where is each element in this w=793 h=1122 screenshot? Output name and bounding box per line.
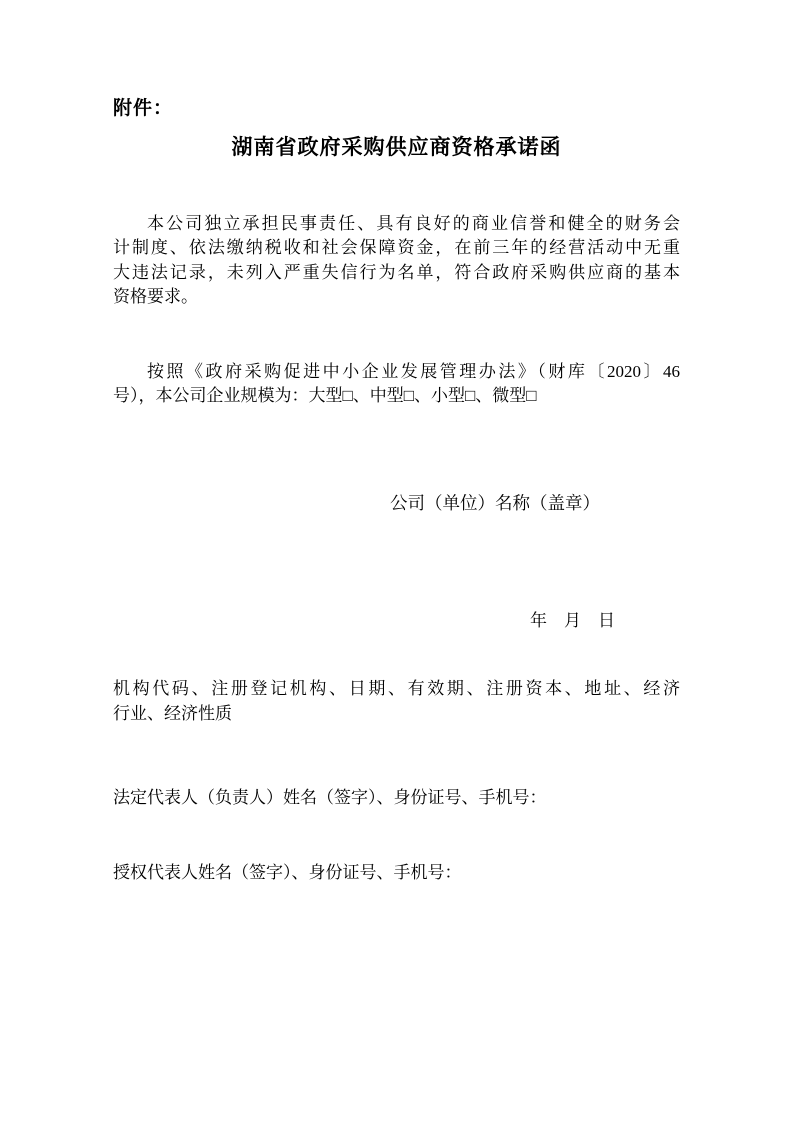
paragraph-line: 资格要求。	[113, 285, 680, 309]
paragraph-line: 按照《政府采购促进中小企业发展管理办法》（财库〔2020〕46	[113, 360, 680, 384]
enterprise-scale-paragraph: 按照《政府采购促进中小企业发展管理办法》（财库〔2020〕46 号），本公司企业…	[113, 360, 680, 409]
paragraph-line: 本公司独立承担民事责任、具有良好的商业信誉和健全的财务会	[113, 212, 680, 236]
paragraph-line: 行业、经济性质	[113, 701, 680, 726]
commitment-paragraph: 本公司独立承担民事责任、具有良好的商业信誉和健全的财务会 计制度、依法缴纳税收和…	[113, 212, 680, 309]
paragraph-line: 大违法记录，未列入严重失信行为名单，符合政府采购供应商的基本	[113, 261, 680, 285]
org-info-paragraph: 机构代码、注册登记机构、日期、有效期、注册资本、地址、经济 行业、经济性质	[113, 676, 680, 727]
legal-representative-line: 法定代表人（负责人）姓名（签字）、身份证号、手机号：	[113, 783, 753, 808]
paragraph-line: 机构代码、注册登记机构、日期、有效期、注册资本、地址、经济	[113, 676, 680, 701]
date-year-month-day-label: 年 月 日	[530, 606, 615, 631]
document-title: 湖南省政府采购供应商资格承诺函	[0, 131, 793, 161]
authorized-representative-line: 授权代表人姓名（签字）、身份证号、手机号：	[113, 858, 753, 883]
paragraph-line: 计制度、依法缴纳税收和社会保障资金，在前三年的经营活动中无重	[113, 236, 680, 260]
enterprise-scale-checkbox-line: 号），本公司企业规模为：大型□、中型□、小型□、微型□	[113, 384, 680, 408]
document-page: 附件： 湖南省政府采购供应商资格承诺函 本公司独立承担民事责任、具有良好的商业信…	[0, 0, 793, 1122]
attachment-label: 附件：	[113, 93, 173, 120]
company-name-seal-label: 公司（单位）名称（盖章）	[390, 490, 600, 515]
